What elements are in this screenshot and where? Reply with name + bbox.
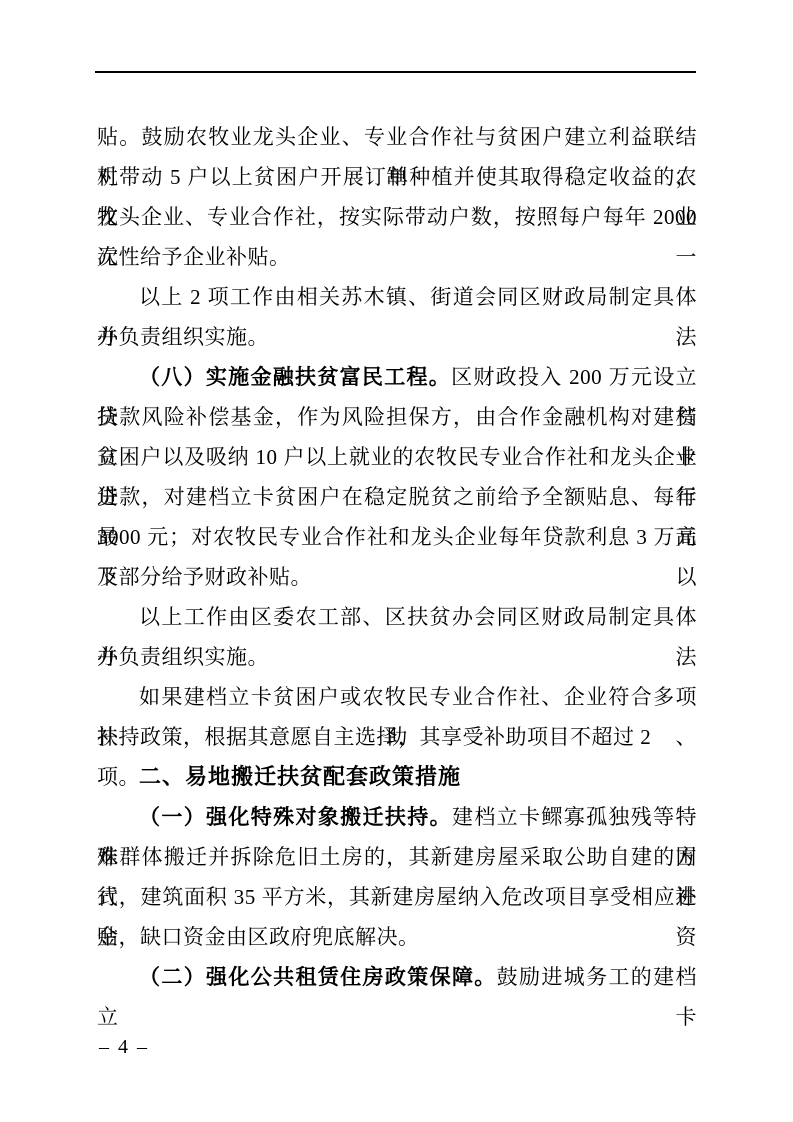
paragraph-lead: （二）强化公共租赁住房政策保障。	[139, 965, 497, 989]
text-line: 行，建筑面积 35 平方米，其新建房屋纳入危改项目享受相应补贴资	[97, 877, 697, 917]
paragraph-lead: （一）强化特殊对象搬迁扶持。	[139, 805, 452, 829]
text-line: （八）实施金融扶贫富民工程。区财政投入 200 万元设立扶贫	[97, 357, 697, 397]
text-line: 以上 2 项工作由相关苏木镇、街道会同区财政局制定具体办法	[97, 277, 697, 317]
text-line: （一）强化特殊对象搬迁扶持。建档立卡鳏寡孤独残等特殊困	[97, 797, 697, 837]
page-number: – 4 –	[99, 1033, 149, 1061]
header-rule	[95, 71, 696, 73]
text-line: 龙头企业、专业合作社，按实际带动户数，按照每户每年 2000 元一	[97, 197, 697, 237]
text-line: 贫困户以及吸纳 10 户以上就业的农牧民专业合作社和龙头企业进行	[97, 437, 697, 477]
text-line: 以上工作由区委农工部、区扶贫办会同区财政局制定具体办法	[97, 597, 697, 637]
text-line: 贴。鼓励农牧业龙头企业、专业合作社与贫困户建立利益联结机制，	[97, 117, 697, 157]
text-line: 3000 元；对农牧民专业合作社和龙头企业每年贷款利息 3 万元及以	[97, 517, 697, 557]
section-heading: 二、易地搬迁扶贫配套政策措施	[97, 757, 697, 797]
paragraph-lead: （八）实施金融扶贫富民工程。	[139, 365, 451, 389]
document-body: 贴。鼓励农牧业龙头企业、专业合作社与贫困户建立利益联结机制， 对带动 5 户以上…	[97, 117, 697, 997]
text-line: 贷款，对建档立卡贫困户在稳定脱贫之前给予全额贴息、每年最高	[97, 477, 697, 517]
text-line: （二）强化公共租赁住房政策保障。鼓励进城务工的建档立卡	[97, 957, 697, 997]
text-line: 难群体搬迁并拆除危旧土房的，其新建房屋采取公助自建的方式进	[97, 837, 697, 877]
document-page: 贴。鼓励农牧业龙头企业、专业合作社与贫困户建立利益联结机制， 对带动 5 户以上…	[0, 0, 793, 1122]
text-line: 对带动 5 户以上贫困户开展订单种植并使其取得稳定收益的农牧业	[97, 157, 697, 197]
text-line: 扶持政策，根据其意愿自主选择，其享受补助项目不超过 2 项。	[97, 717, 697, 757]
text-line: 贷款风险补偿基金，作为风险担保方，由合作金融机构对建档立卡	[97, 397, 697, 437]
text-line: 如果建档立卡贫困户或农牧民专业合作社、企业符合多项补助、	[97, 677, 697, 717]
